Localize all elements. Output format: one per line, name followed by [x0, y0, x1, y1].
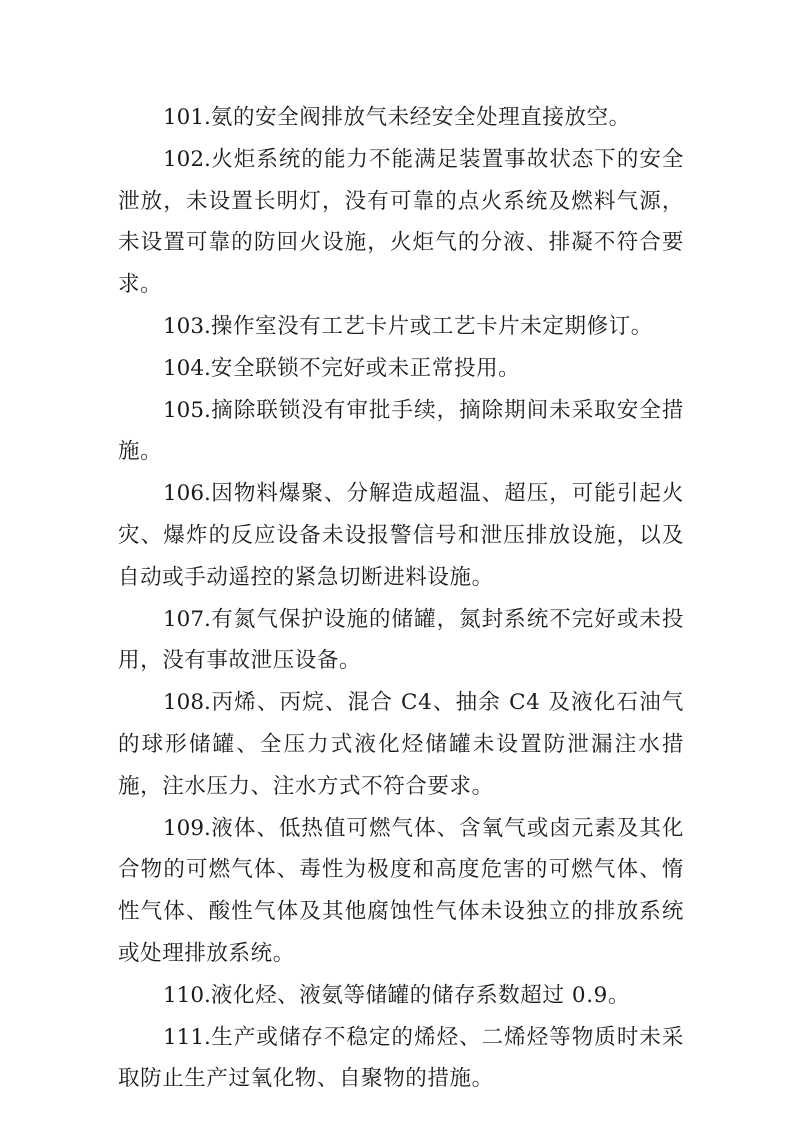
- item-number: 105.: [163, 398, 211, 423]
- paragraph-108: 108.丙烯、丙烷、混合 C4、抽余 C4 及液化石油气的球形储罐、全压力式液化…: [118, 682, 684, 807]
- paragraph-107: 107.有氮气保护设施的储罐，氮封系统不完好或未投用，没有事故泄压设备。: [118, 599, 684, 683]
- paragraph-102: 102.火炬系统的能力不能满足装置事故状态下的安全泄放，未设置长明灯，没有可靠的…: [118, 139, 684, 306]
- document-page: 101.氨的安全阀排放气未经安全处理直接放空。 102.火炬系统的能力不能满足装…: [118, 97, 684, 1100]
- item-number: 101.: [163, 105, 211, 130]
- paragraph-111: 111.生产或储存不稳定的烯烃、二烯烃等物质时未采取防止生产过氧化物、自聚物的措…: [118, 1017, 684, 1101]
- item-number: 109.: [163, 816, 211, 841]
- item-number: 108.: [163, 690, 211, 715]
- item-text: 操作室没有工艺卡片或工艺卡片未定期修订。: [211, 314, 653, 339]
- item-number: 104.: [163, 356, 211, 381]
- paragraph-105: 105.摘除联锁没有审批手续，摘除期间未采取安全措施。: [118, 390, 684, 474]
- paragraph-110: 110.液化烃、液氨等储罐的储存系数超过 0.9。: [118, 975, 684, 1017]
- item-number: 107.: [163, 607, 211, 632]
- paragraph-109: 109.液体、低热值可燃气体、含氧气或卤元素及其化合物的可燃气体、毒性为极度和高…: [118, 808, 684, 975]
- item-number: 106.: [163, 481, 211, 506]
- paragraph-106: 106.因物料爆聚、分解造成超温、超压，可能引起火灾、爆炸的反应设备未设报警信号…: [118, 473, 684, 598]
- item-text: 安全联锁不完好或未正常投用。: [211, 356, 520, 381]
- paragraph-101: 101.氨的安全阀排放气未经安全处理直接放空。: [118, 97, 684, 139]
- item-number: 110.: [163, 983, 211, 1008]
- item-text: 氨的安全阀排放气未经安全处理直接放空。: [211, 105, 631, 130]
- item-number: 103.: [163, 314, 211, 339]
- paragraph-103: 103.操作室没有工艺卡片或工艺卡片未定期修订。: [118, 306, 684, 348]
- item-number: 111.: [163, 1025, 211, 1050]
- paragraph-104: 104.安全联锁不完好或未正常投用。: [118, 348, 684, 390]
- item-number: 102.: [163, 147, 211, 172]
- item-text: 液化烃、液氨等储罐的储存系数超过 0.9。: [211, 983, 630, 1008]
